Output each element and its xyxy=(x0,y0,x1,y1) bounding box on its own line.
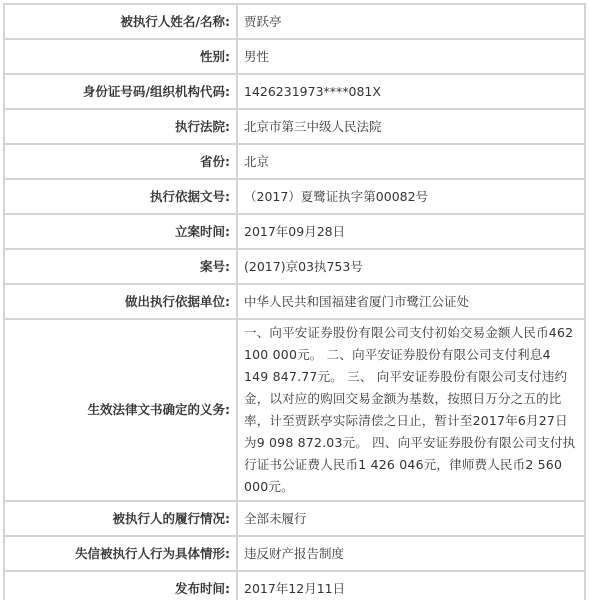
value-province: 北京 xyxy=(237,144,585,179)
label-publish-date: 发布时间: xyxy=(4,571,237,600)
value-dishonest-behavior: 违反财产报告制度 xyxy=(237,536,585,571)
label-debtor-name: 被执行人姓名/名称: xyxy=(4,4,237,39)
row-debtor-name: 被执行人姓名/名称: 贾跃亭 xyxy=(4,4,585,39)
value-filing-date: 2017年09月28日 xyxy=(237,214,585,249)
row-issuing-unit: 做出执行依据单位: 中华人民共和国福建省厦门市鹭江公证处 xyxy=(4,284,585,319)
label-id-number: 身份证号码/组织机构代码: xyxy=(4,74,237,109)
label-execution-basis-doc: 执行依据文号: xyxy=(4,179,237,214)
row-gender: 性别: 男性 xyxy=(4,39,585,74)
value-executing-court: 北京市第三中级人民法院 xyxy=(237,109,585,144)
label-issuing-unit: 做出执行依据单位: xyxy=(4,284,237,319)
row-dishonest-behavior: 失信被执行人行为具体情形: 违反财产报告制度 xyxy=(4,536,585,571)
label-case-number: 案号: xyxy=(4,249,237,284)
value-case-number: (2017)京03执753号 xyxy=(237,249,585,284)
label-filing-date: 立案时间: xyxy=(4,214,237,249)
value-issuing-unit: 中华人民共和国福建省厦门市鹭江公证处 xyxy=(237,284,585,319)
row-executing-court: 执行法院: 北京市第三中级人民法院 xyxy=(4,109,585,144)
row-province: 省份: 北京 xyxy=(4,144,585,179)
row-filing-date: 立案时间: 2017年09月28日 xyxy=(4,214,585,249)
row-publish-date: 发布时间: 2017年12月11日 xyxy=(4,571,585,600)
value-legal-obligations: 一、向平安证券股份有限公司支付初始交易金额人民币462 100 000元。 二、… xyxy=(237,319,585,501)
label-legal-obligations: 生效法律文书确定的义务: xyxy=(4,319,237,501)
value-id-number: 1426231973****081X xyxy=(237,74,585,109)
label-performance-status: 被执行人的履行情况: xyxy=(4,501,237,536)
value-publish-date: 2017年12月11日 xyxy=(237,571,585,600)
dishonest-debtor-record-table: 被执行人姓名/名称: 贾跃亭 性别: 男性 身份证号码/组织机构代码: 1426… xyxy=(3,3,586,600)
row-execution-basis-doc: 执行依据文号: （2017）夏鹭证执字第00082号 xyxy=(4,179,585,214)
value-debtor-name: 贾跃亭 xyxy=(237,4,585,39)
label-dishonest-behavior: 失信被执行人行为具体情形: xyxy=(4,536,237,571)
row-case-number: 案号: (2017)京03执753号 xyxy=(4,249,585,284)
value-execution-basis-doc: （2017）夏鹭证执字第00082号 xyxy=(237,179,585,214)
row-performance-status: 被执行人的履行情况: 全部未履行 xyxy=(4,501,585,536)
value-performance-status: 全部未履行 xyxy=(237,501,585,536)
row-id-number: 身份证号码/组织机构代码: 1426231973****081X xyxy=(4,74,585,109)
row-legal-obligations: 生效法律文书确定的义务: 一、向平安证券股份有限公司支付初始交易金额人民币462… xyxy=(4,319,585,501)
label-gender: 性别: xyxy=(4,39,237,74)
label-executing-court: 执行法院: xyxy=(4,109,237,144)
value-gender: 男性 xyxy=(237,39,585,74)
label-province: 省份: xyxy=(4,144,237,179)
